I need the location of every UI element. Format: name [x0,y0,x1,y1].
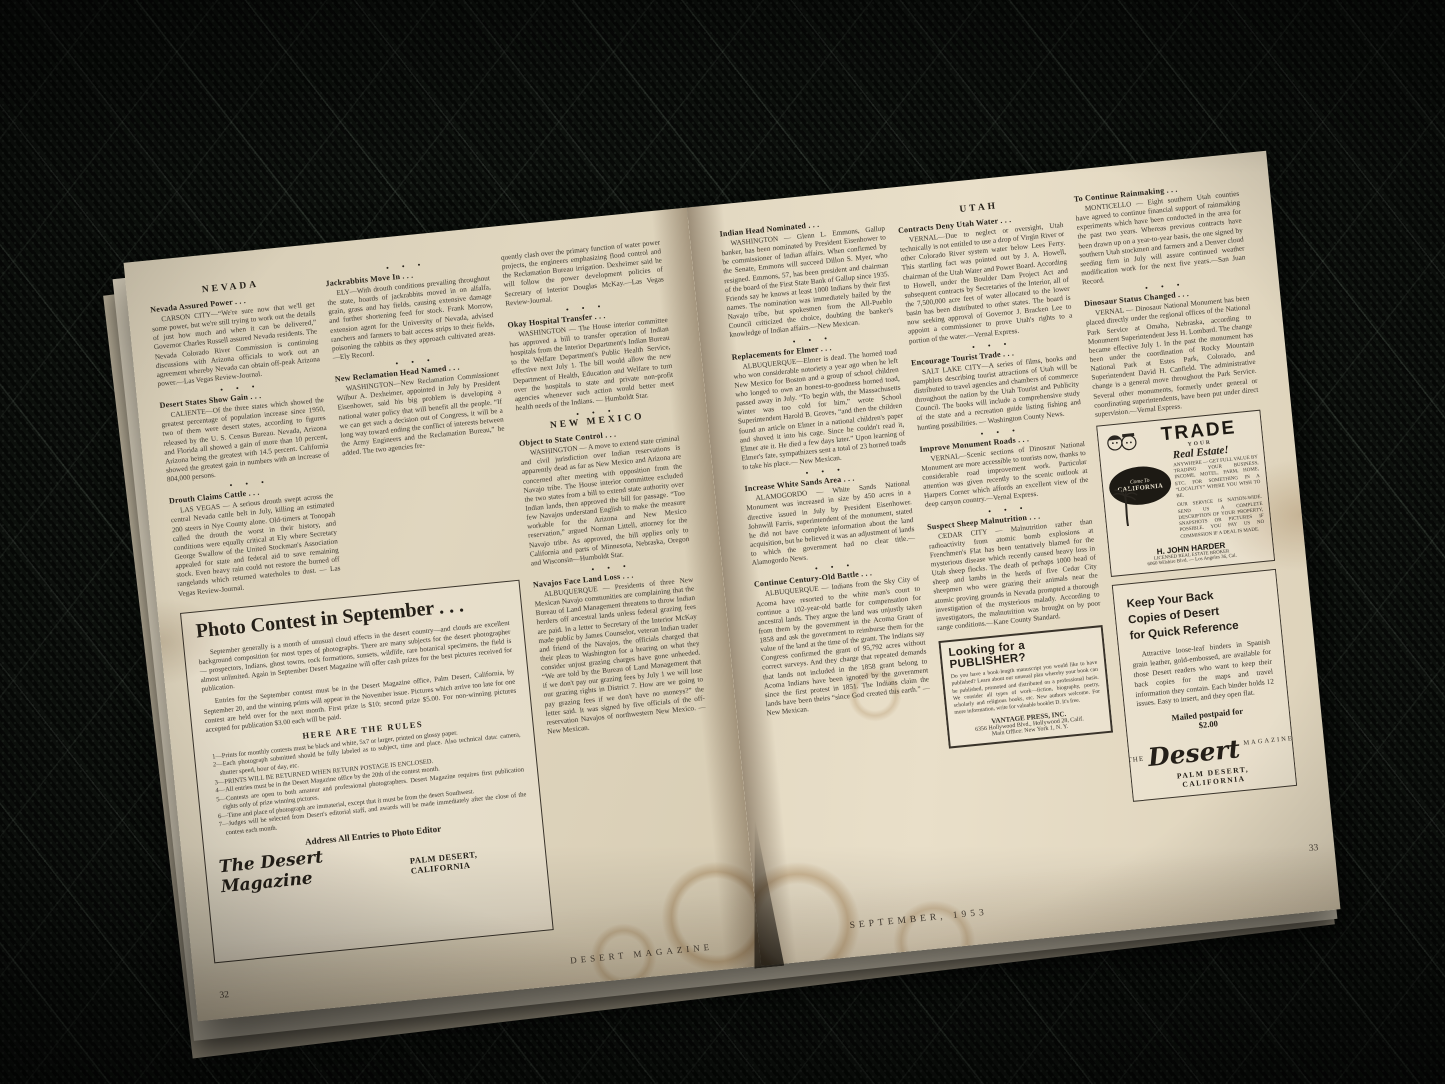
contest-location: PALM DESERT, CALIFORNIA [409,843,533,878]
page-right: Indian Head Nominated . . . WASHINGTON —… [687,151,1341,966]
running-footer-september-1953: SEPTEMBER, 1953 [849,908,988,931]
article-body: MONTICELLO — Eight southern Utah countie… [1075,190,1247,288]
article-body: SALT LAKE CITY—A series of films, books … [912,353,1082,433]
vantage-press-publisher-ad: Looking for a PUBLISHER? Do you have a b… [938,625,1113,748]
article-body: WASHINGTON — Glenn L. Emmons, Gallup ban… [720,224,894,340]
article-body: VERNAL — Dinosaur National Monument has … [1085,294,1260,419]
article-continuation: quently clash over the primary function … [500,238,665,308]
article-dinosaur-status-changed: Dinosaur Status Changed . . . VERNAL — D… [1083,276,1260,420]
article-navajos-face-land-loss: Navajos Face Land Loss . . . ALBUQUERQUE… [532,557,707,737]
article-body: ALAMOGORDO — White Sands National Monume… [745,479,916,568]
page-number-32: 32 [219,990,229,1001]
page-left: NEVADA Nevada Assured Power . . . CARSON… [124,208,762,1022]
fine-print-paragraph: OUR SERVICE IS NATION-WIDE. SEND US A CO… [1177,495,1265,541]
article-increase-white-sands-area: Increase White Sands Area . . . ALAMOGOR… [743,461,916,569]
article-contracts-deny-utah-water: Contracts Deny Utah Water . . . VERNAL—D… [898,210,1074,346]
article-body: VERNAL—Due to neglect or oversight, Utah… [899,221,1074,346]
article-jackrabbits-move-in: Jackrabbits Move In . . . ELY—With drout… [324,255,496,363]
logo-the: THE [1127,754,1144,764]
magazine-spread: NEVADA Nevada Assured Power . . . CARSON… [124,151,1341,1021]
article-object-to-state-control: Object to State Control . . . WASHINGTON… [519,424,691,569]
article-body: LAS VEGAS — A serious drouth swept acros… [170,492,342,599]
article-desert-states-show-gain: Desert States Show Gain . . . CALIENTE—O… [158,377,330,485]
page-left-content: NEVADA Nevada Assured Power . . . CARSON… [124,208,762,1022]
article-to-continue-rainmaking: To Continue Rainmaking . . . MONTICELLO … [1073,179,1246,288]
article-indian-head-nominated: Indian Head Nominated . . . WASHINGTON —… [719,213,894,340]
binder-ad-body: Attractive loose-leaf binders in Spanish… [1131,637,1275,709]
article-body: WASHINGTON — A move to extend state crim… [520,435,691,569]
trade-real-estate-ad: TRADE YOUR Real Estate! Come To CALIFORN… [1096,410,1275,577]
article-body: WASHINGTON—New Reclamation Commissioner … [336,370,506,459]
couple-illustration-icon [1104,428,1140,457]
binder-ad-heading: Keep Your Back Copies of Desert for Quic… [1126,583,1269,645]
article-body: ELY—With drouth conditions prevailing th… [326,274,496,363]
trade-ad-fine-print: ANYWHERE — GET FULL VALUE BY TRADING YOU… [1173,455,1265,544]
desert-binder-ad: Keep Your Back Copies of Desert for Quic… [1112,569,1297,802]
article-body: ALBUQUERQUE — Indians from the Sky City … [755,575,932,718]
article-body: ALBUQUERQUE — Presidents of three New Me… [534,576,708,737]
running-footer-desert-magazine: DESERT MAGAZINE [570,942,714,966]
article-improve-monument-roads: Improve Monument Roads . . . VERNAL—Scen… [918,421,1089,511]
article-body: CARSON CITY—“We're sure now that we'll g… [151,300,321,389]
fine-print-paragraph: ANYWHERE — GET FULL VALUE BY TRADING YOU… [1173,455,1261,501]
article-body: CEDAR CITY — Malnutrition rather than ra… [928,517,1102,633]
article-drouth-claims-cattle: Drouth Claims Cattle . . . LAS VEGAS — A… [168,473,342,599]
article-encourage-tourist-trade: Encourage Tourist Trade . . . SALT LAKE … [910,334,1082,433]
article-body: WASHINGTON — The House interior committe… [508,316,675,413]
page-number-33: 33 [1308,843,1318,854]
article-nevada-assured-power: Nevada Assured Power . . . CARSON CITY—“… [150,289,321,389]
article-new-reclamation-head: New Reclamation Head Named . . . WASHING… [334,351,506,459]
article-body: ALBUQUERQUE—Elmer is dead. The horned to… [732,347,907,472]
article-continue-century-old-battle: Continue Century-Old Battle . . . ALBUQU… [753,556,932,718]
page-right-content: Indian Head Nominated . . . WASHINGTON —… [687,151,1341,966]
palm-tree-icon [1111,485,1141,527]
article-okay-hospital-transfer: Okay Hospital Transfer . . . WASHINGTON … [506,297,675,413]
photo-scene: NEVADA Nevada Assured Power . . . CARSON… [0,0,1445,1084]
article-body: CALIENTE—Of the three states which showe… [160,396,330,485]
left-main-columns: NEVADA Nevada Assured Power . . . CARSON… [148,255,554,963]
article-suspect-sheep-malnutrition: Suspect Sheep Malnutrition . . . CEDAR C… [926,498,1102,633]
photo-contest-announcement: Photo Contest in September . . . Septemb… [180,580,554,964]
article-replacements-for-elmer: Replacements for Elmer . . . ALBUQUERQUE… [730,328,907,472]
logo-magazine: MAGAZINE [1243,735,1294,747]
